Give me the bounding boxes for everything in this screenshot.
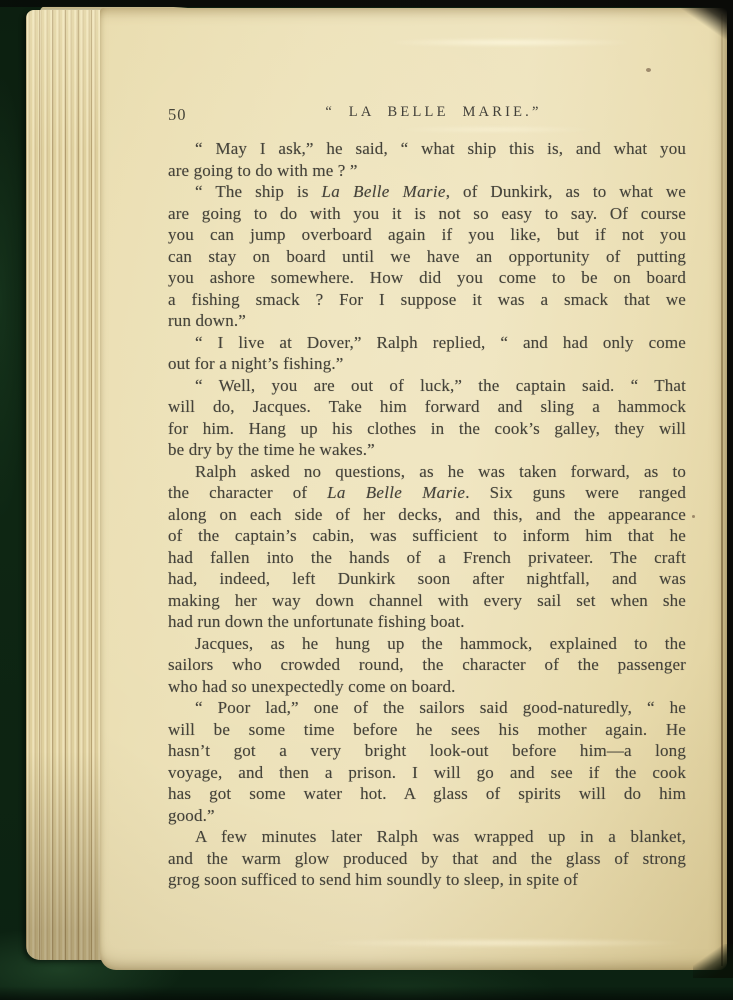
- text-line: sailors who crowded round, the character…: [168, 654, 686, 676]
- text-line: and the warm glow produced by that and t…: [168, 848, 686, 870]
- text-line: are going to do with you it is not so ea…: [168, 203, 686, 225]
- page-number: 50: [168, 105, 187, 125]
- text-paragraph: “ May I ask,” he said, “ what ship this …: [168, 138, 686, 181]
- text-line: hasn’t got a very bright look-out before…: [168, 740, 686, 762]
- text-line: making her way down channel with every s…: [168, 590, 686, 612]
- text-line: “ The ship is La Belle Marie, of Dunkirk…: [168, 181, 686, 203]
- running-title: “ LA BELLE MARIE.”: [325, 104, 541, 121]
- book-page: 50 “ LA BELLE MARIE.” “ May I ask,” he s…: [100, 8, 727, 970]
- paper-streak: [366, 38, 651, 47]
- text-line: “ I live at Dover,” Ralph replied, “ and…: [168, 332, 686, 354]
- text-paragraph: Ralph asked no questions, as he was take…: [168, 461, 686, 633]
- text-line: has got some water hot. A glass of spiri…: [168, 783, 686, 805]
- text-paragraph: “ Well, you are out of luck,” the captai…: [168, 375, 686, 461]
- text-line: voyage, and then a prison. I will go and…: [168, 762, 686, 784]
- book-cover: 50 “ LA BELLE MARIE.” “ May I ask,” he s…: [0, 0, 733, 1000]
- text-line: out for a night’s fishing.”: [168, 353, 686, 375]
- text-line: for him. Hang up his clothes in the cook…: [168, 418, 686, 440]
- page-body: “ May I ask,” he said, “ what ship this …: [168, 138, 686, 891]
- paper-speck: [692, 515, 695, 518]
- text-line: can stay on board until we have an oppor…: [168, 246, 686, 268]
- paper-streak: [380, 126, 610, 133]
- text-paragraph: “ Poor lad,” one of the sailors said goo…: [168, 697, 686, 826]
- text-paragraph: Jacques, as he hung up the hammock, expl…: [168, 633, 686, 698]
- text-line: run down.”: [168, 310, 686, 332]
- text-line: A few minutes later Ralph was wrapped up…: [168, 826, 686, 848]
- text-line: good.”: [168, 805, 686, 827]
- text-line: will do, Jacques. Take him forward and s…: [168, 396, 686, 418]
- text-line: the character of La Belle Marie. Six gun…: [168, 482, 686, 504]
- paper-speck: [646, 68, 651, 72]
- cover-right-band: [727, 0, 733, 972]
- text-paragraph: “ I live at Dover,” Ralph replied, “ and…: [168, 332, 686, 375]
- paper-streak: [290, 938, 710, 948]
- text-paragraph: A few minutes later Ralph was wrapped up…: [168, 826, 686, 891]
- text-paragraph: “ The ship is La Belle Marie, of Dunkirk…: [168, 181, 686, 332]
- text-line: are going to do with me ? ”: [168, 160, 686, 182]
- text-line: Ralph asked no questions, as he was take…: [168, 461, 686, 483]
- text-line: grog soon sufficed to send him soundly t…: [168, 869, 686, 891]
- text-line: a fishing smack ? For I suppose it was a…: [168, 289, 686, 311]
- text-line: “ Poor lad,” one of the sailors said goo…: [168, 697, 686, 719]
- text-line: be dry by the time he wakes.”: [168, 439, 686, 461]
- text-line: had, indeed, left Dunkirk soon after nig…: [168, 568, 686, 590]
- text-line: will be some time before he sees his mot…: [168, 719, 686, 741]
- cover-corner-shadow: [681, 0, 733, 42]
- text-line: you ashore somewhere. How did you come t…: [168, 267, 686, 289]
- text-line: of the captain’s cabin, was sufficient t…: [168, 525, 686, 547]
- text-line: had fallen into the hands of a French pr…: [168, 547, 686, 569]
- text-line: had run down the unfortunate fishing boa…: [168, 611, 686, 633]
- cover-top-band: [0, 0, 733, 7]
- cover-corner-shadow: [693, 944, 733, 978]
- text-line: “ May I ask,” he said, “ what ship this …: [168, 138, 686, 160]
- text-line: who had so unexpectedly come on board.: [168, 676, 686, 698]
- page-stack-fore-edge: [26, 10, 108, 960]
- running-header: 50 “ LA BELLE MARIE.”: [168, 104, 686, 124]
- text-line: along on each side of her decks, and thi…: [168, 504, 686, 526]
- text-line: you can jump overboard again if you like…: [168, 224, 686, 246]
- text-line: Jacques, as he hung up the hammock, expl…: [168, 633, 686, 655]
- text-line: “ Well, you are out of luck,” the captai…: [168, 375, 686, 397]
